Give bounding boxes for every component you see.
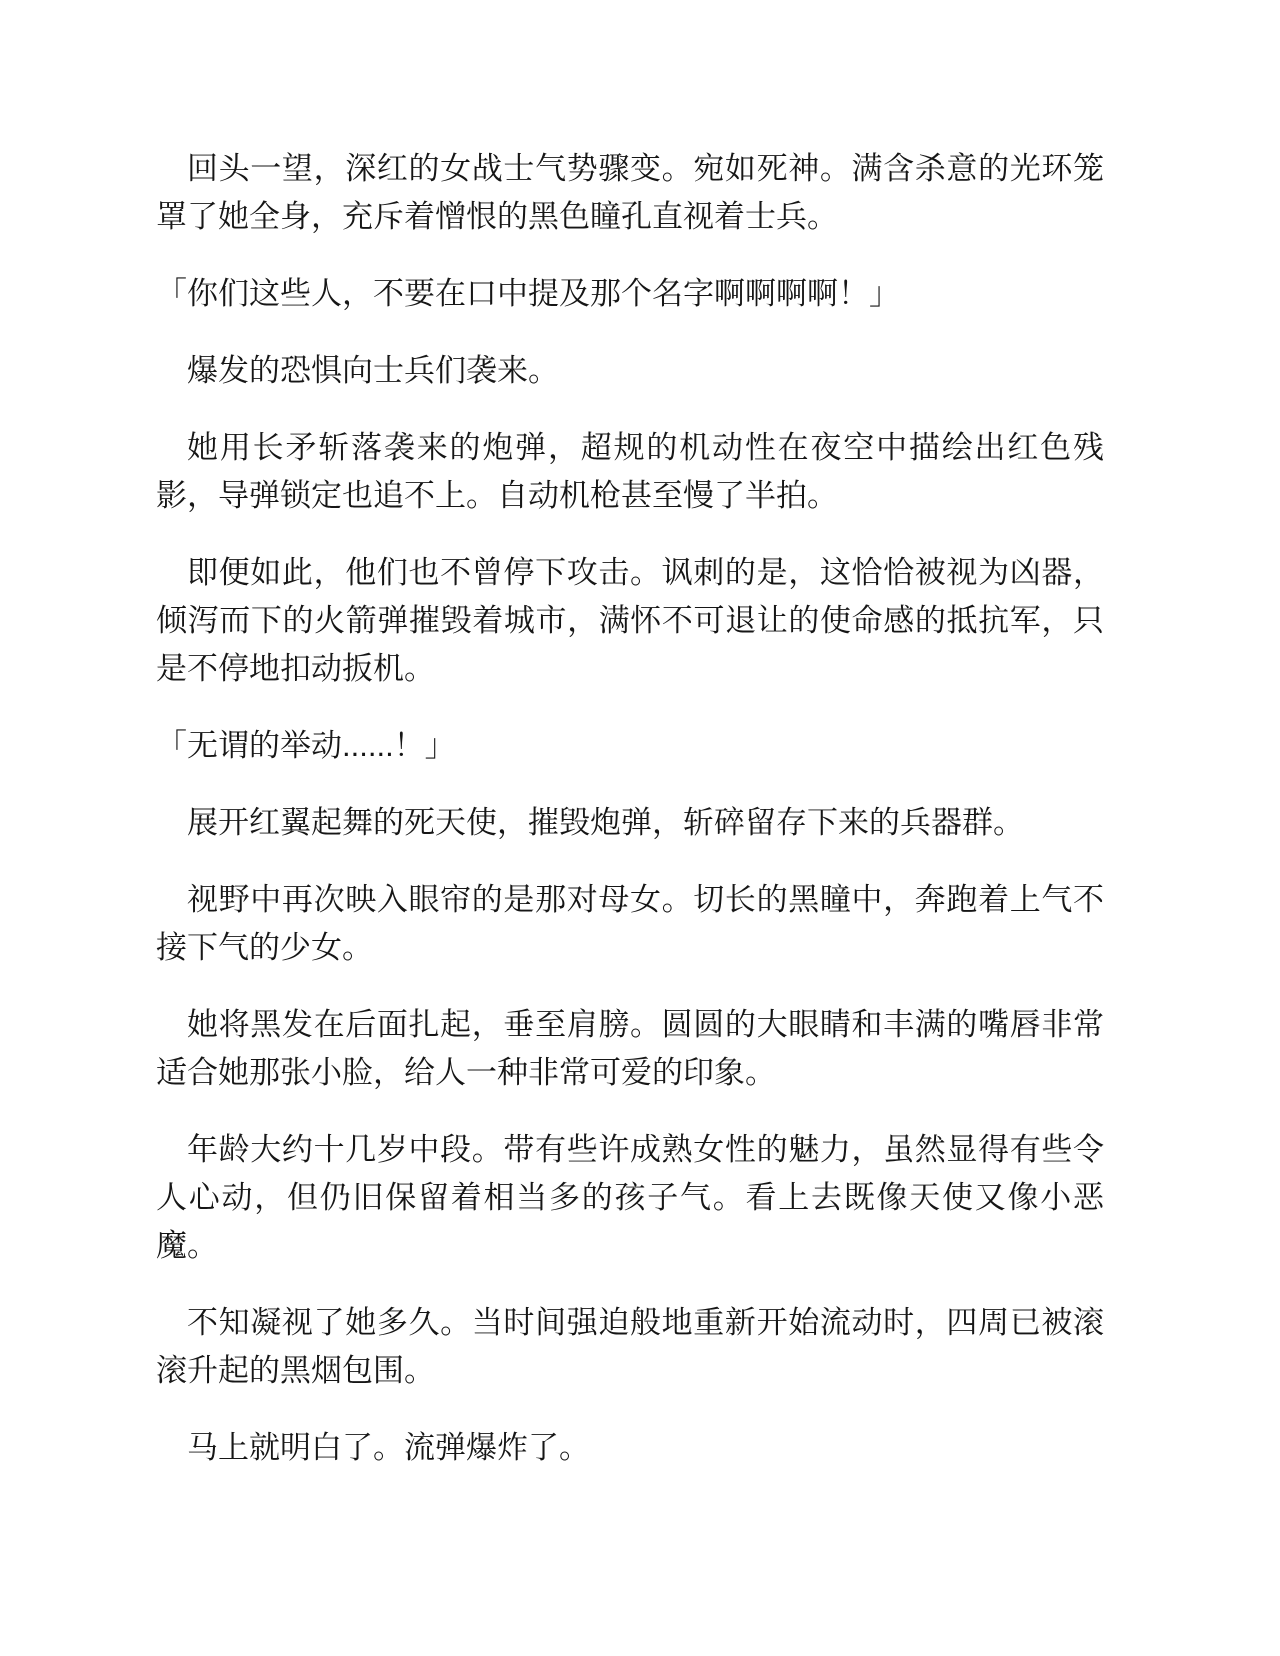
paragraph: 年龄大约十几岁中段。带有些许成熟女性的魅力，虽然显得有些令人心动，但仍旧保留着相… — [156, 1126, 1104, 1270]
dialogue-line: 「你们这些人，不要在口中提及那个名字啊啊啊啊！」 — [156, 270, 1104, 318]
novel-page: 回头一望，深红的女战士气势骤变。宛如死神。满含杀意的光环笼罩了她全身，充斥着憎恨… — [0, 0, 1280, 1656]
text-content: 回头一望，深红的女战士气势骤变。宛如死神。满含杀意的光环笼罩了她全身，充斥着憎恨… — [156, 145, 1104, 1501]
paragraph: 展开红翼起舞的死天使，摧毁炮弹，斩碎留存下来的兵器群。 — [156, 799, 1104, 847]
paragraph: 马上就明白了。流弹爆炸了。 — [156, 1424, 1104, 1472]
paragraph: 回头一望，深红的女战士气势骤变。宛如死神。满含杀意的光环笼罩了她全身，充斥着憎恨… — [156, 145, 1104, 241]
paragraph: 即便如此，他们也不曾停下攻击。讽刺的是，这恰恰被视为凶器，倾泻而下的火箭弹摧毁着… — [156, 549, 1104, 693]
dialogue-line: 「无谓的举动......！」 — [156, 722, 1104, 770]
paragraph: 她将黑发在后面扎起，垂至肩膀。圆圆的大眼睛和丰满的嘴唇非常适合她那张小脸，给人一… — [156, 1001, 1104, 1097]
paragraph: 爆发的恐惧向士兵们袭来。 — [156, 347, 1104, 395]
paragraph: 她用长矛斩落袭来的炮弹，超规的机动性在夜空中描绘出红色残影，导弹锁定也追不上。自… — [156, 424, 1104, 520]
paragraph: 不知凝视了她多久。当时间强迫般地重新开始流动时，四周已被滚滚升起的黑烟包围。 — [156, 1299, 1104, 1395]
paragraph: 视野中再次映入眼帘的是那对母女。切长的黑瞳中，奔跑着上气不接下气的少女。 — [156, 876, 1104, 972]
